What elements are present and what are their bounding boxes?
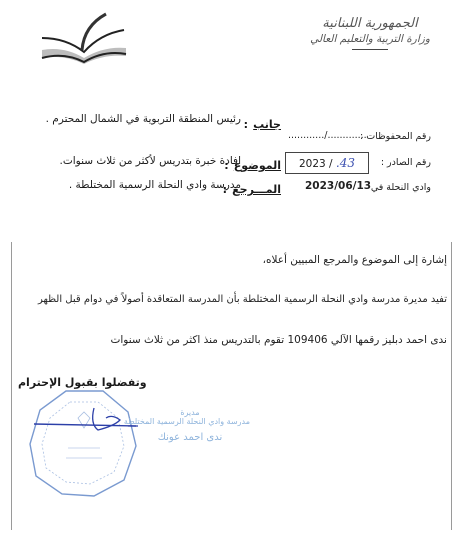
addressee-label-group: جانب : — [244, 113, 281, 132]
body-line-1: إشارة إلى الموضوع والمرجع المبيين أعلاه، — [263, 254, 447, 266]
ministry-title: وزارة التربية والتعليم العالي — [295, 33, 445, 45]
letter-place: وادي النحلة في — [371, 182, 431, 193]
archive-number-label: رقم المحفوظات : — [360, 131, 431, 142]
addressee-value: رئيس المنطقة التربوية في الشمال المحترم … — [46, 113, 241, 125]
ministry-heading: الجمهورية اللبنانية وزارة التربية والتعل… — [295, 16, 445, 50]
official-stamp-icon — [28, 388, 138, 498]
body-line-2: تفيد مديرة مدرسة وادي النحلة الرسمية الم… — [38, 294, 447, 305]
signature-block: مديرة مدرسة وادي النحلة الرسمية المختلطة… — [130, 408, 250, 443]
addressee-label: جانب — [253, 118, 281, 131]
letter-date: 2023/06/13 — [305, 180, 371, 192]
signatory-school: مدرسة وادي النحلة الرسمية المختلطة — [130, 417, 250, 426]
outgoing-year: 2023 / — [299, 158, 336, 170]
republic-title: الجمهورية اللبنانية — [295, 16, 445, 31]
heading-rule — [352, 49, 388, 50]
signatory-name: ندى احمد عونك — [130, 432, 250, 443]
frame-right-border — [451, 242, 452, 530]
body-line-3: ندى احمد دبليز رقمها الآلي 109406 تقوم ب… — [111, 334, 448, 346]
frame-left-border — [11, 242, 12, 530]
reference-value: مدرسة وادي النحلة الرسمية المختلطة . — [69, 179, 241, 191]
outgoing-number-box: 2023 / .43 — [285, 152, 369, 174]
archive-number-value: ............/............. — [288, 130, 367, 141]
addressee-colon: : — [244, 118, 248, 131]
subject-value: افادة خبرة بتدريس لأكثر من ثلاث سنوات. — [60, 155, 241, 167]
outgoing-number-label: رقم الصادر : — [381, 157, 431, 168]
signatory-title: مديرة — [130, 408, 250, 417]
open-book-logo-icon — [34, 6, 130, 64]
outgoing-number-handwritten: .43 — [336, 156, 355, 170]
